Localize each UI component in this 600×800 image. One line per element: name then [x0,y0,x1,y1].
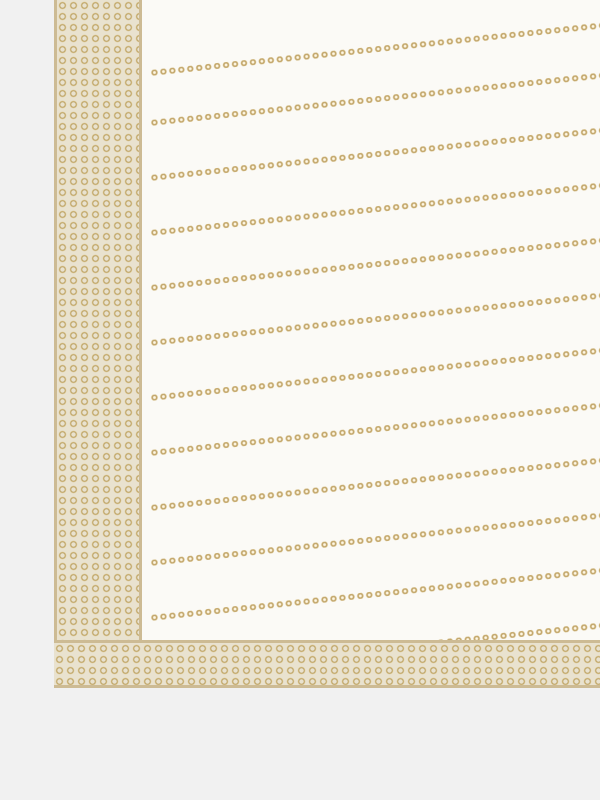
sequin-row [150,400,600,456]
sequin-row [150,290,600,346]
sequin-row [150,565,600,621]
sequin-row [150,620,600,640]
sequin-row [150,510,600,566]
sequin-border-bottom [54,640,600,688]
sequin-row [150,125,600,181]
sequin-row [150,455,600,511]
sequin-row [150,20,600,76]
sequin-row [150,345,600,401]
sequin-row [150,70,600,126]
sequin-row [150,235,600,291]
sequin-border-left [54,0,142,688]
sequin-row [150,180,600,236]
sequin-rows [150,0,600,640]
